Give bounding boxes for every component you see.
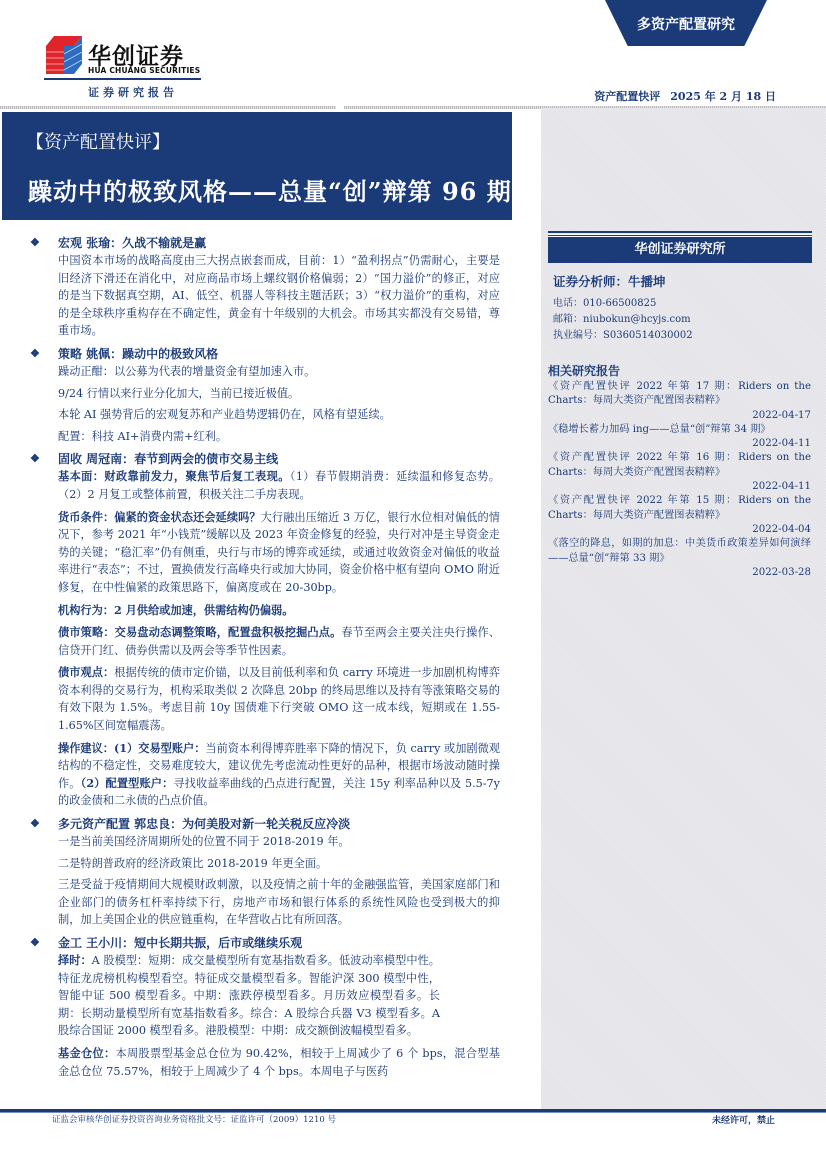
paragraph: 债市观点：根据传统的债市定价锚，以及目前低利率和负 carry 环境进一步加剧机… xyxy=(30,664,500,734)
analyst-email[interactable]: 邮箱：niubokun@hcyjs.com xyxy=(553,312,693,328)
paragraph: 本轮 AI 强势背后的宏观复苏和产业趋势逻辑仍在，风格有望延续。 xyxy=(30,406,500,424)
related-report-item[interactable]: 《资产配置快评 2022 年第 17 期：Riders on the Chart… xyxy=(548,380,811,423)
research-category-tab: 多资产配置研究 xyxy=(605,0,767,46)
paragraph: 基金仓位：本周股票型基金总仓位为 90.42%，相较于上周减少了 6 个 bps… xyxy=(30,1045,500,1080)
paragraph: 躁动正酣：以公募为代表的增量资金有望加速入市。 xyxy=(30,363,500,381)
section-heading: ❖固收 周冠南：春节到两会的债市交易主线 xyxy=(30,450,500,468)
logo-cube-icon xyxy=(44,36,82,74)
diamond-bullet-icon: ❖ xyxy=(30,934,40,952)
paragraph: 基本面：财政靠前发力，聚焦节后复工表现。（1）春节假期消费：延续温和修复态势。（… xyxy=(30,468,500,503)
section-macro: ❖宏观 张瑜：久战不输就是赢 中国资本市场的战略高度由三大拐点嵌套而成，目前：1… xyxy=(30,234,500,340)
section-fixed-income: ❖固收 周冠南：春节到两会的债市交易主线 基本面：财政靠前发力，聚焦节后复工表现… xyxy=(30,450,500,810)
paragraph: 三是受益于疫情期间大规模财政刺激，以及疫情之前十年的金融强监管，美国家庭部门和企… xyxy=(30,876,500,929)
report-series: 资产配置快评 xyxy=(594,90,660,103)
title-banner: 【资产配置快评】 躁动中的极致风格——总量“创”辩第 96 期 xyxy=(2,112,512,220)
diamond-bullet-icon: ❖ xyxy=(30,345,40,363)
institute-banner: 华创证券研究所 xyxy=(548,234,812,263)
analyst-name: 证券分析师：牛播坤 xyxy=(553,272,666,290)
related-report-item[interactable]: 《资产配置快评 2022 年第 15 期：Riders on the Chart… xyxy=(548,494,811,537)
paragraph: 债市策略：交易盘动态调整策略，配置盘积极挖掘凸点。春节至两会主要关注央行操作、信… xyxy=(30,624,500,659)
section-heading: ❖策略 姚佩：躁动中的极致风格 xyxy=(30,345,500,363)
logo-divider xyxy=(44,78,201,80)
footer-license-text: 证监会审核华创证券投资咨询业务资格批文号：证监许可（2009）1210 号 xyxy=(52,1113,336,1125)
diamond-bullet-icon: ❖ xyxy=(30,815,40,833)
paragraph: 二是特朗普政府的经济政策比 2018-2019 年更全面。 xyxy=(30,855,500,873)
related-reports-heading: 相关研究报告 xyxy=(548,362,620,379)
section-strategy: ❖策略 姚佩：躁动中的极致风格 躁动正酣：以公募为代表的增量资金有望加速入市。 … xyxy=(30,345,500,445)
page-title: 躁动中的极致风格——总量“创”辩第 96 期 xyxy=(28,172,512,207)
main-content: ❖宏观 张瑜：久战不输就是赢 中国资本市场的战略高度由三大拐点嵌套而成，目前：1… xyxy=(30,234,500,1082)
title-tag: 【资产配置快评】 xyxy=(26,128,170,154)
analyst-phone: 电话：010-66500825 xyxy=(553,296,693,312)
logo-english-name: HUA CHUANG SECURITIES xyxy=(88,66,200,75)
paragraph: 一是当前美国经济周期所处的位置不同于 2018-2019 年。 xyxy=(30,833,500,851)
paragraph: 机构行为：2 月供给或加速，供需结构仍偏弱。 xyxy=(30,602,500,620)
section-heading: ❖金工 王小川：短中长期共振，后市或继续乐观 xyxy=(30,934,500,952)
paragraph: 择时：A 股模型：短期：成交量模型所有宽基指数看多。低波动率模型中性。特征龙虎榜… xyxy=(30,952,500,1040)
related-report-item[interactable]: 《资产配置快评 2022 年第 16 期：Riders on the Chart… xyxy=(548,451,811,494)
report-type-label: 证券研究报告 xyxy=(88,84,178,100)
paragraph: 货币条件：偏紧的资金状态还会延续吗？大行融出压缩近 3 万亿，银行水位相对偏低的… xyxy=(30,509,500,597)
section-multi-asset: ❖多元资产配置 郭忠良：为何美股对新一轮关税反应冷淡 一是当前美国经济周期所处的… xyxy=(30,815,500,929)
report-date: 2025 年 2 月 18 日 xyxy=(670,90,776,103)
section-heading: ❖多元资产配置 郭忠良：为何美股对新一轮关税反应冷淡 xyxy=(30,815,500,833)
analyst-license: 执业编号：S0360514030002 xyxy=(553,328,693,344)
header-divider-left xyxy=(0,106,336,109)
footer-notice: 未经许可，禁止 xyxy=(712,1113,775,1126)
diamond-bullet-icon: ❖ xyxy=(30,234,40,252)
paragraph: 配置：科技 AI+消费内需+红利。 xyxy=(30,428,500,446)
related-report-item[interactable]: 《落空的降息，如期的加息：中美货币政策差异如何演绎——总量“创”辩第 33 期》… xyxy=(548,537,811,580)
diamond-bullet-icon: ❖ xyxy=(30,450,40,468)
related-report-item[interactable]: 《稳增长蓄力加码 ing——总量“创”辩第 34 期》2022-04-11 xyxy=(548,423,811,452)
paragraph: 9/24 行情以来行业分化加大，当前已接近极值。 xyxy=(30,385,500,403)
section-heading: ❖宏观 张瑜：久战不输就是赢 xyxy=(30,234,500,252)
report-series-date: 资产配置快评2025 年 2 月 18 日 xyxy=(594,88,776,104)
analyst-contact: 电话：010-66500825 邮箱：niubokun@hcyjs.com 执业… xyxy=(553,296,693,344)
company-logo: 华创证券 HUA CHUANG SECURITIES xyxy=(44,36,202,88)
paragraph: 操作建议：(1）交易型账户：当前资本利得博弈胜率下降的情况下，负 carry 或… xyxy=(30,740,500,810)
related-reports-list: 《资产配置快评 2022 年第 17 期：Riders on the Chart… xyxy=(548,380,811,580)
section-quant: ❖金工 王小川：短中长期共振，后市或继续乐观 择时：A 股模型：短期：成交量模型… xyxy=(30,934,500,1080)
paragraph: 中国资本市场的战略高度由三大拐点嵌套而成，目前：1）“盈利拐点”仍需耐心，主要是… xyxy=(30,252,500,340)
